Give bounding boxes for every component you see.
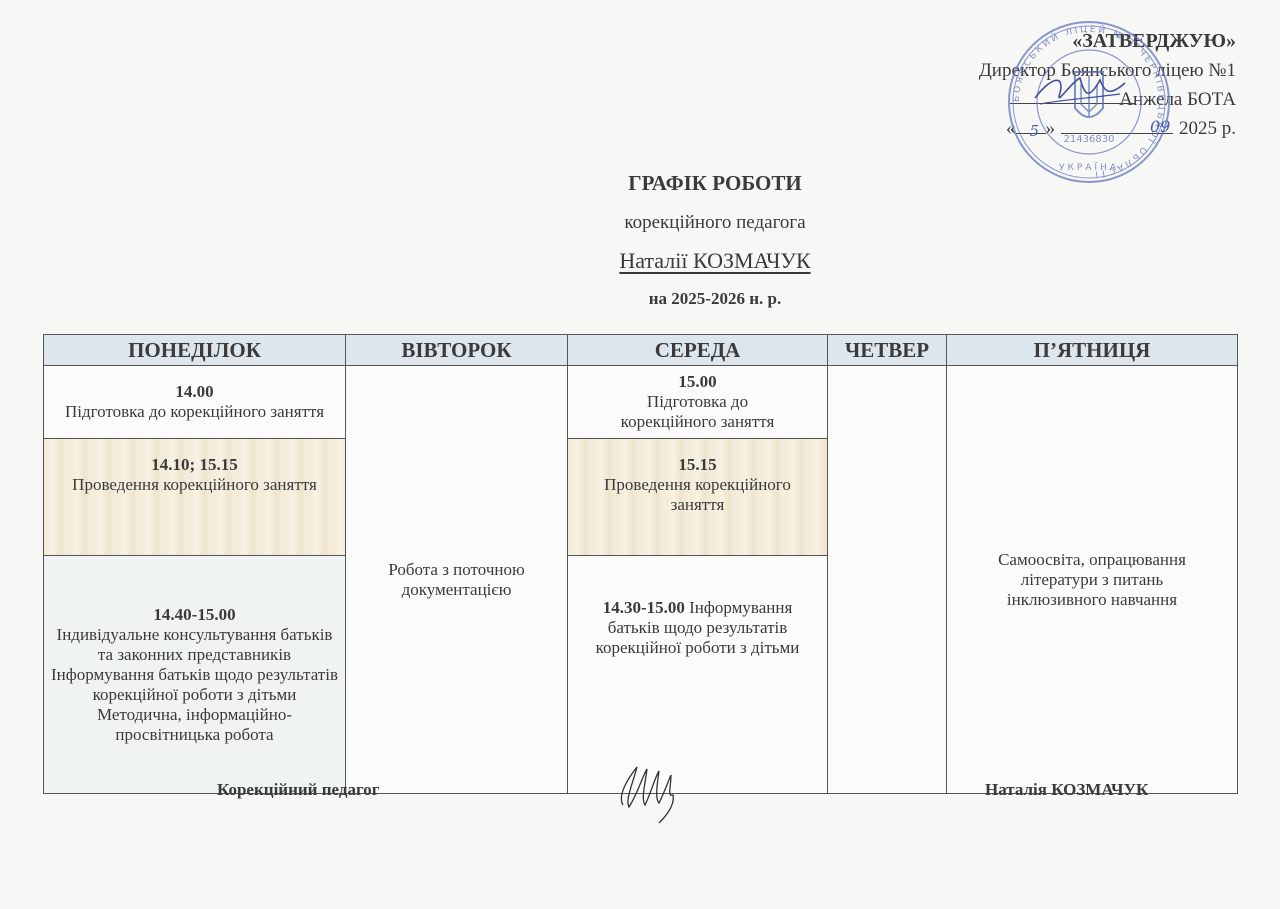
day-header-tuesday: ВІВТОРОК	[346, 335, 568, 366]
header-row: ПОНЕДІЛОК ВІВТОРОК СЕРЕДА ЧЕТВЕР П’ЯТНИЦ…	[44, 335, 1238, 366]
svg-text:09: 09	[1150, 117, 1170, 136]
footer-name: Наталія КОЗМАЧУК	[985, 780, 1148, 800]
thursday-cell	[828, 366, 947, 794]
school-year: на 2025-2026 н. р.	[150, 287, 1280, 311]
wednesday-slot-1: 15.00 Підготовка до корекційного заняття	[568, 366, 828, 439]
monday-slot-1: 14.00 Підготовка до корекційного заняття	[44, 366, 346, 439]
teacher-signature-icon	[615, 755, 695, 825]
day-header-monday: ПОНЕДІЛОК	[44, 335, 346, 366]
day-header-wednesday: СЕРЕДА	[568, 335, 828, 366]
monday-slot-3: 14.40-15.00 Індивідуальне консультування…	[44, 556, 346, 794]
day-header-thursday: ЧЕТВЕР	[828, 335, 947, 366]
wednesday-slot-3: 14.30-15.00 Інформування батьків щодо ре…	[568, 556, 828, 794]
tuesday-cell: Робота з поточною документацією	[346, 366, 568, 794]
document-header: ГРАФІК РОБОТИ корекційного педагога Ната…	[0, 168, 1280, 311]
schedule-table: ПОНЕДІЛОК ВІВТОРОК СЕРЕДА ЧЕТВЕР П’ЯТНИЦ…	[43, 334, 1238, 794]
teacher-name: Наталії КОЗМАЧУК	[150, 247, 1280, 275]
document-subtitle: корекційного педагога	[150, 210, 1280, 236]
wednesday-slot-2: 15.15 Проведення корекційного заняття	[568, 439, 828, 556]
friday-cell: Самоосвіта, опрацювання літератури з пит…	[947, 366, 1238, 794]
approval-year: 2025 р.	[1179, 118, 1236, 139]
svg-text:УКРАЇНА: УКРАЇНА	[1059, 162, 1119, 173]
table-row: 14.00 Підготовка до корекційного заняття…	[44, 366, 1238, 439]
director-signature-icon: 05 09	[1030, 68, 1180, 148]
day-header-friday: П’ЯТНИЦЯ	[947, 335, 1238, 366]
svg-text:05: 05	[1030, 122, 1039, 140]
monday-slot-2: 14.10; 15.15 Проведення корекційного зан…	[44, 439, 346, 556]
footer-role: Корекційний педагог	[217, 780, 379, 800]
